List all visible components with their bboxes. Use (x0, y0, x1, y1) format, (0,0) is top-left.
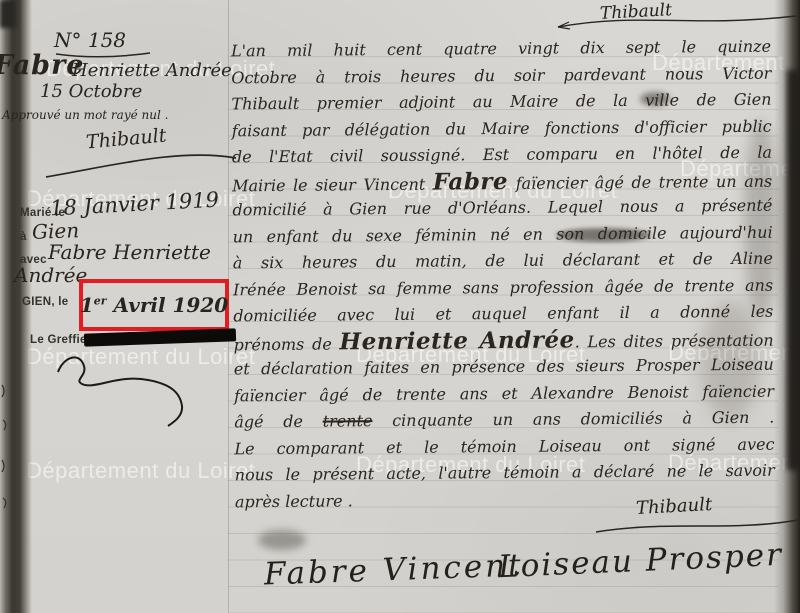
act-line-11: domiciliée avec lui et auquel enfant il … (233, 299, 773, 330)
margin-act-date: 15 Octobre (40, 81, 142, 102)
mention-date: 1er Avril 1920 (80, 293, 228, 317)
watermark-text: Département du Loiret (26, 344, 255, 370)
ink-smudge (258, 530, 306, 550)
watermark-text: Département du Loiret (26, 458, 255, 484)
stamp-at-label: à (20, 231, 27, 243)
act-number: N° 158 (54, 28, 126, 52)
text-fragment: Mairie le sieur Vincent (232, 174, 433, 195)
spouse-name-line2: Andrée (14, 263, 87, 287)
act-body: L'an mil huit cent quatre vingt dix sept… (231, 34, 775, 516)
act-line-3: Thibault premier adjoint au Maire de la … (231, 87, 771, 118)
red-annotation-box: 1er Avril 1920 (79, 279, 229, 331)
text-fragment: 1 (80, 293, 94, 317)
margin-official-signature: Thibault (85, 125, 167, 154)
text-fragment: . Les dites présentation (575, 330, 774, 351)
register-scan-page: Département du Loiret Département du Loi… (0, 0, 800, 613)
text-fragment: cinquante un ans domiciliés à Gien . (372, 408, 774, 431)
act-line-13: et déclaration faites en présence des si… (234, 352, 774, 383)
text-fragment: er (94, 294, 107, 307)
text-fragment: âgé de (234, 412, 323, 432)
ink-obliteration-bar (84, 328, 236, 346)
text-fragment: prénoms de (234, 334, 340, 354)
father-name-emphasis: Fabre (433, 167, 509, 195)
child-name-emphasis: Henriette Andrée (339, 326, 574, 355)
act-line-5: de l'Etat civil soussigné. Est comparu e… (232, 140, 772, 171)
margin-child-given-names: Henriette Andrée (72, 60, 232, 81)
signature-thibault-closing: Thibault (636, 494, 713, 519)
act-line-9: à six heures du matin, de lui déclarant … (233, 246, 773, 277)
marriage-date: 18 Janvier 1919 (49, 188, 219, 221)
spouse-name-line1: Fabre Henriette (48, 240, 211, 264)
text-fragment: faïencier âgé de trente un ans (508, 171, 772, 192)
signature-thibault-top: Thibault (600, 0, 673, 24)
text-fragment: Avril 1920 (107, 293, 229, 317)
stamp-place-date-label: GIEN, le (22, 296, 69, 308)
struck-word: trente (323, 411, 373, 430)
act-line-1: L'an mil huit cent quatre vingt dix sept… (231, 34, 771, 65)
ink-blob (0, 0, 16, 28)
act-line-17: nous le présent acte, l'autre témoin a d… (235, 458, 775, 489)
page-edge-shadow-dark (787, 70, 800, 470)
approval-note: Approuvé un mot rayé nul . (2, 108, 168, 122)
act-line-7: domicilié à Gien rue d'Orléans. Lequel n… (232, 193, 772, 224)
act-line-15: âgé de trente cinquante un ans domicilié… (234, 405, 774, 436)
